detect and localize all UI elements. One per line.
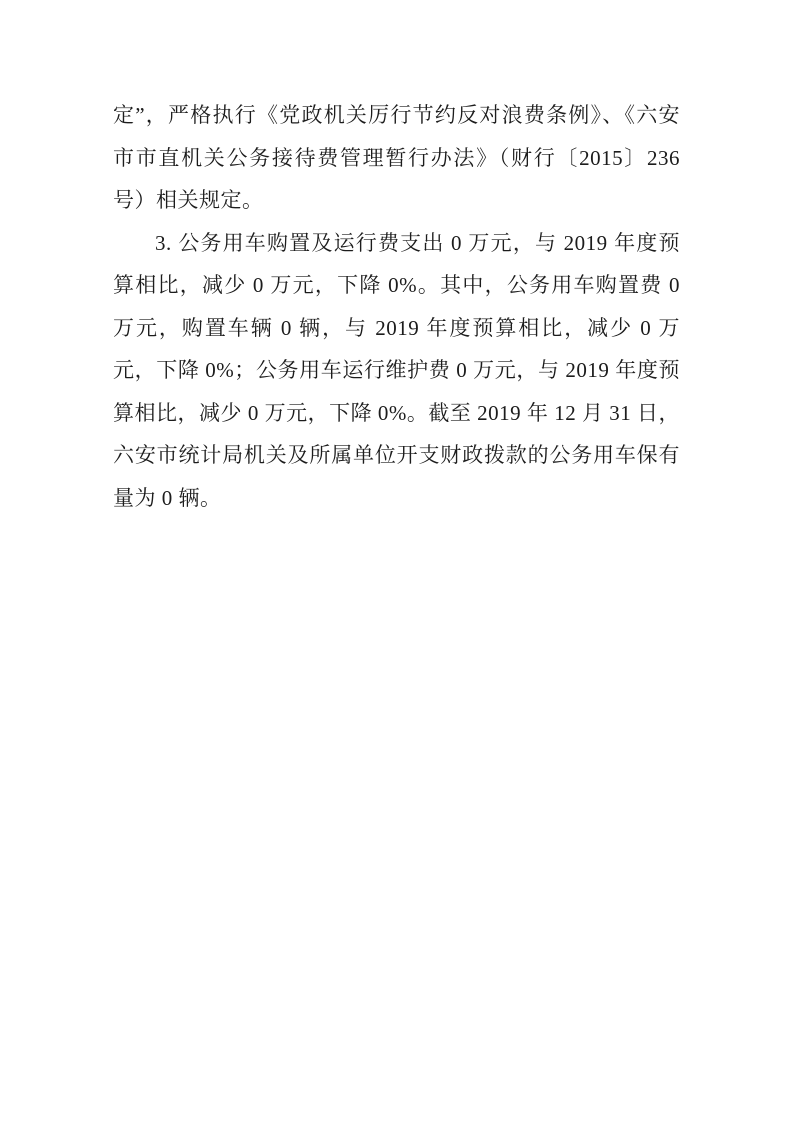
document-text-block: 定”，严格执行《党政机关厉行节约反对浪费条例》、《六安市市直机关公务接待费管理暂… [113,94,680,519]
paragraph-official-vehicle-expenses: 3. 公务用车购置及运行费支出 0 万元，与 2019 年度预算相比，减少 0 … [113,222,680,520]
paragraph-regulations-continuation: 定”，严格执行《党政机关厉行节约反对浪费条例》、《六安市市直机关公务接待费管理暂… [113,94,680,222]
document-page: 定”，严格执行《党政机关厉行节约反对浪费条例》、《六安市市直机关公务接待费管理暂… [0,0,793,1122]
